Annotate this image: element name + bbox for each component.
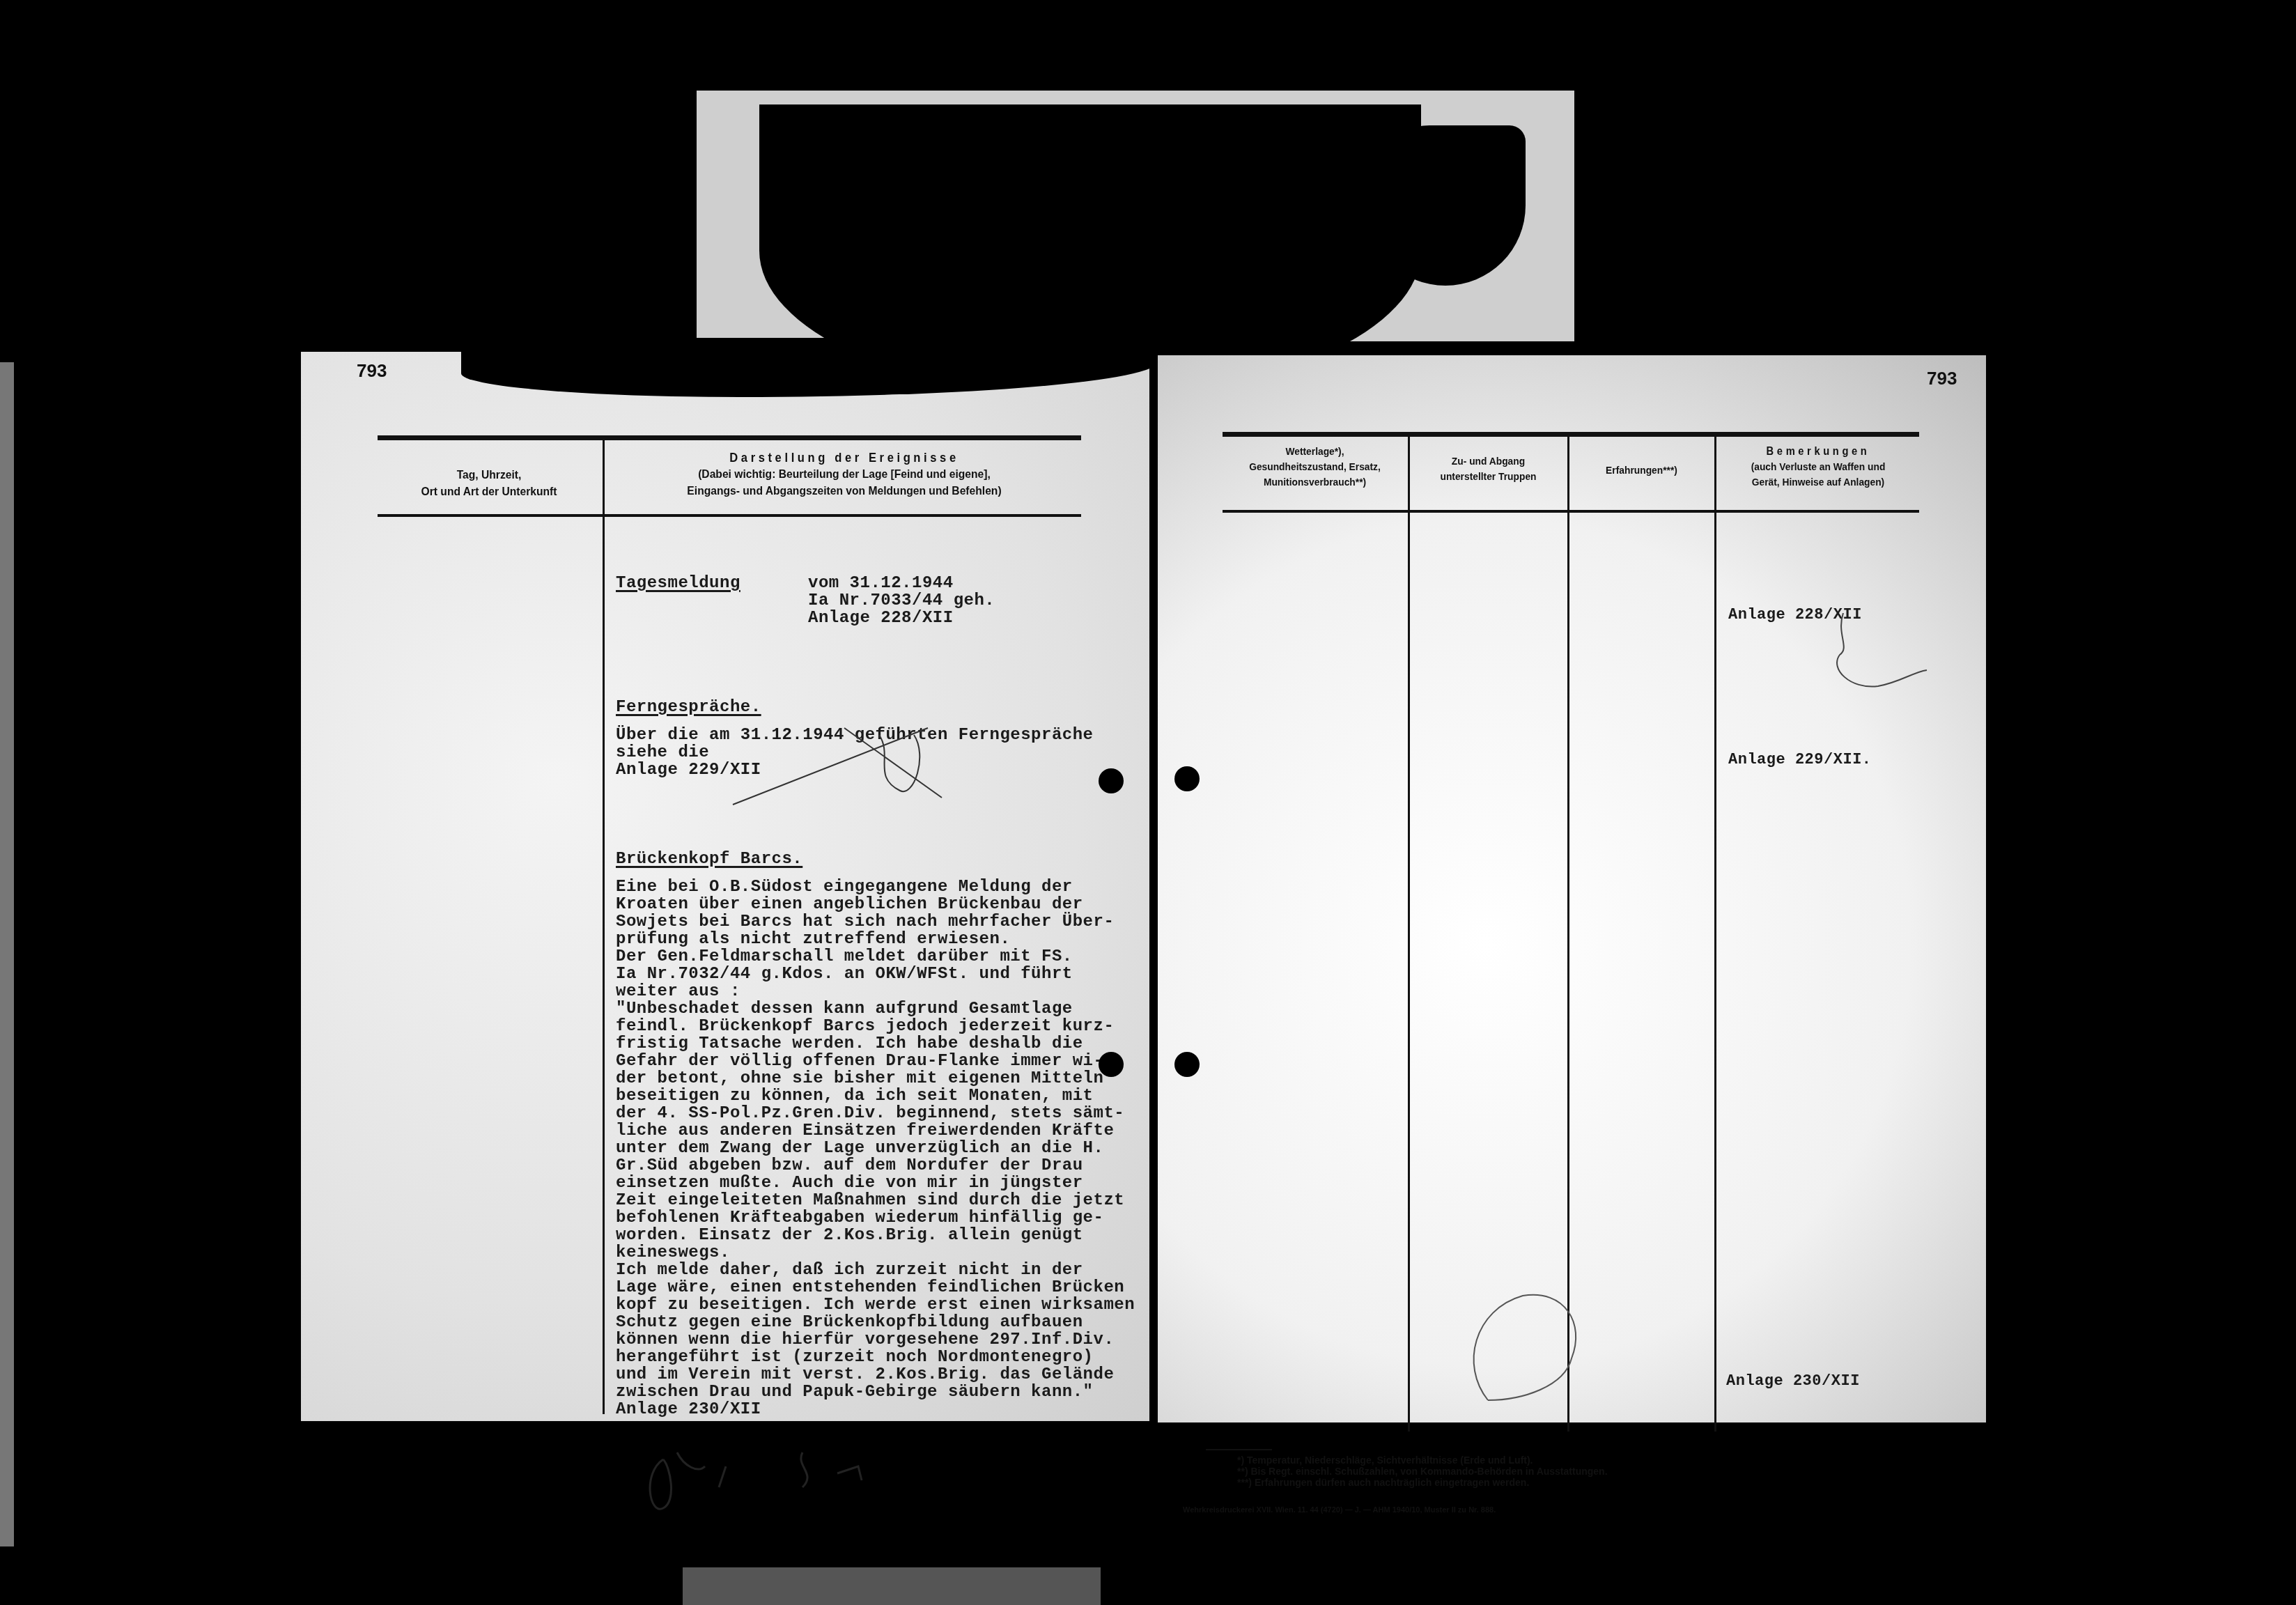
col-experience-header: Erfahrungen***) xyxy=(1575,463,1707,479)
top-shadow xyxy=(461,338,1158,397)
header-bottom-rule xyxy=(1223,510,1919,513)
typed-line: Sowjets bei Barcs hat sich nach mehrfach… xyxy=(616,913,1135,931)
bottom-fragment xyxy=(683,1567,1101,1605)
typed-line: weiter aus : xyxy=(616,983,1135,1000)
typed-line: Ia Nr.7032/44 g.Kdos. an OKW/WFSt. und f… xyxy=(616,966,1135,983)
typed-line: prüfung als nicht zutreffend erwiesen. xyxy=(616,931,1135,948)
pencil-scribble xyxy=(1822,613,1962,697)
typed-line: Gr.Süd abgeben bzw. auf dem Nordufer der… xyxy=(616,1157,1135,1174)
column-divider xyxy=(1567,435,1569,1432)
remark-anlage-230: Anlage 230/XII xyxy=(1726,1372,1860,1390)
header-bottom-rule xyxy=(378,514,1081,517)
typed-line: zwischen Drau und Papuk-Gebirge säubern … xyxy=(616,1383,1135,1401)
binding-hole xyxy=(1174,1052,1200,1077)
spine-shadow xyxy=(1149,355,1158,1422)
header-top-rule xyxy=(1223,432,1919,437)
binding-hole xyxy=(1099,768,1124,793)
entry-heading-brueckenkopf: Brückenkopf Barcs. xyxy=(616,851,802,868)
typed-line: einsetzen mußte. Auch die von mir in jün… xyxy=(616,1174,1135,1192)
col-troops-header: Zu- und Abgang unterstellter Truppen xyxy=(1416,454,1560,485)
typed-line: worden. Einsatz der 2.Kos.Brig. allein g… xyxy=(616,1227,1135,1244)
typed-line: feindl. Brückenkopf Barcs jedoch jederze… xyxy=(616,1018,1135,1035)
typed-line: Gefahr der völlig offenen Drau-Flanke im… xyxy=(616,1053,1135,1070)
typed-line: Eine bei O.B.Südost eingegangene Meldung… xyxy=(616,878,1135,896)
column-divider xyxy=(1408,435,1410,1432)
entry-heading-tagesmeldung: Tagesmeldung xyxy=(616,575,740,592)
entry-heading-ferngespraeche: Ferngespräche. xyxy=(616,699,761,716)
typed-line: keineswegs. xyxy=(616,1244,1135,1262)
page-number-right: 793 xyxy=(1927,368,1957,389)
col-date-place-header: Tag, Uhrzeit, Ort und Art der Unterkunft xyxy=(387,467,591,500)
typed-line: liche aus anderen Einsätzen freiwerdende… xyxy=(616,1122,1135,1140)
adjacent-page-left-edge xyxy=(0,362,14,1546)
entry-brueckenkopf-body: Eine bei O.B.Südost eingegangene Meldung… xyxy=(616,878,1135,1418)
typed-line: können wenn die hierfür vorgesehene 297.… xyxy=(616,1331,1135,1349)
page-number-left: 793 xyxy=(357,360,387,382)
typed-line: unter dem Zwang der Lage unverzüglich an… xyxy=(616,1140,1135,1157)
typed-line: "Unbeschadet dessen kann aufgrund Gesamt… xyxy=(616,1000,1135,1018)
col-weather-header: Wetterlage*), Gesundheitszustand, Ersatz… xyxy=(1230,444,1400,490)
entry-ferngespraeche-body: Über die am 31.12.1944 geführten Fernges… xyxy=(616,727,1094,779)
typed-line: der betont, ohne sie bisher mit eigenen … xyxy=(616,1070,1135,1087)
binding-hole xyxy=(1099,1052,1124,1077)
typed-line: beseitigen zu können, da ich seit Monate… xyxy=(616,1087,1135,1105)
col-events-header: Darstellung der Ereignisse (Dabei wichti… xyxy=(626,449,1062,499)
thumb-shadow xyxy=(1365,125,1526,286)
remark-anlage-229: Anlage 229/XII. xyxy=(1728,751,1872,768)
typed-line: fristig Tatsache werden. Ich habe deshal… xyxy=(616,1035,1135,1053)
printer-imprint: Wehrkreisdruckerei XVII. Wien. 11. 44 (4… xyxy=(1183,1505,1496,1516)
col-remarks-header: Bemerkungen (auch Verluste an Waffen und… xyxy=(1725,444,1912,490)
typed-line: herangeführt ist (zurzeit noch Nordmonte… xyxy=(616,1349,1135,1366)
column-divider xyxy=(603,439,605,1414)
footnotes: *) Temperatur, Niederschläge, Sichtverhä… xyxy=(1237,1455,1608,1488)
pencil-scribble xyxy=(1446,1282,1599,1407)
typed-line: Ich melde daher, daß ich zurzeit nicht i… xyxy=(616,1262,1135,1279)
typed-line: der 4. SS-Pol.Pz.Gren.Div. beginnend, st… xyxy=(616,1105,1135,1122)
typed-line: Lage wäre, einen entstehenden feindliche… xyxy=(616,1279,1135,1296)
typed-line: Anlage 230/XII xyxy=(616,1401,1135,1418)
typed-line: Zeit eingeleiteten Maßnahmen sind durch … xyxy=(616,1192,1135,1209)
footnote-rule xyxy=(1206,1449,1272,1450)
typed-line: Der Gen.Feldmarschall meldet darüber mit… xyxy=(616,948,1135,966)
right-page: 793 Wetterlage*), Gesundheitszustand, Er… xyxy=(1154,355,1986,1422)
typed-line: und im Verein mit verst. 2.Kos.Brig. das… xyxy=(616,1366,1135,1383)
typed-line: Schutz gegen eine Brückenkopfbildung auf… xyxy=(616,1314,1135,1331)
typed-line: befohlenen Kräfteabgaben wiederum hinfäl… xyxy=(616,1209,1135,1227)
column-divider xyxy=(1714,435,1716,1432)
typed-line: kopf zu beseitigen. Ich werde erst einen… xyxy=(616,1296,1135,1314)
typed-line: Kroaten über einen angeblichen Brückenba… xyxy=(616,896,1135,913)
header-top-rule xyxy=(378,435,1081,440)
left-page: 793 Tag, Uhrzeit, Ort und Art der Unterk… xyxy=(301,352,1151,1421)
binding-hole xyxy=(1174,766,1200,791)
remark-anlage-228: Anlage 228/XII xyxy=(1728,606,1862,623)
entry-tagesmeldung-body: vom 31.12.1944 Ia Nr.7033/44 geh. Anlage… xyxy=(808,575,995,627)
handwritten-marks xyxy=(621,1439,1039,1578)
